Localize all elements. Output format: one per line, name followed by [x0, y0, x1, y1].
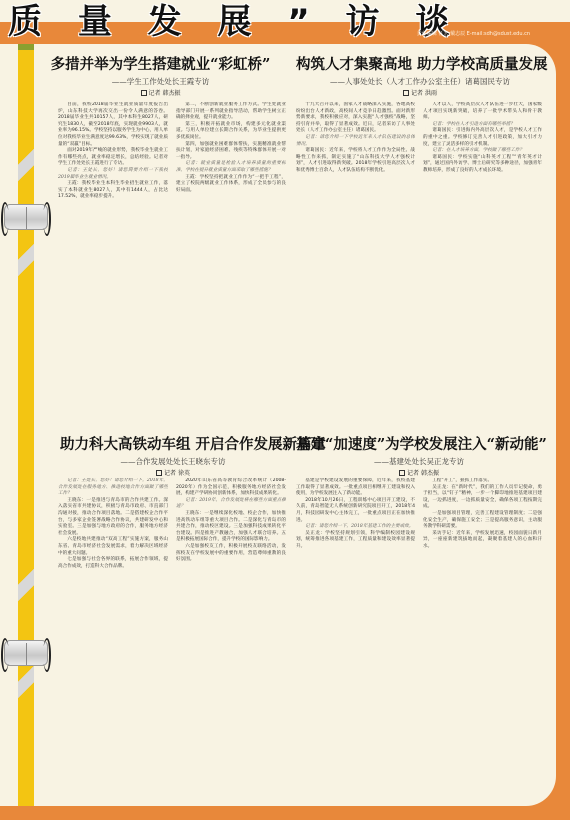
pole-stripe: [18, 565, 34, 605]
article-title: 助力科大高铁动车组 开启合作发展新篇章: [60, 436, 286, 454]
text-column: 基建是学校建设发展的重要保障，近年来，我校基建工作取得了显著成效。一批重点项目相…: [296, 478, 415, 798]
text-column: 记者：王处长，您好！请您介绍一下，2018年，合作发展处在服务地方、推进校地合作…: [58, 478, 168, 800]
box-icon: [403, 90, 409, 96]
article-cooperation: 助力科大高铁动车组 开启合作发展新篇章 ——合作发展处处长王晓东专访 记者 徐英: [60, 436, 286, 478]
article-subtitle: ——合作发展处处长王晓东专访: [60, 457, 286, 467]
pole-stripe: [18, 240, 34, 280]
pole-cap: [18, 44, 34, 50]
article-byline: 记者 徐英: [60, 470, 286, 478]
article-byline: 记者 韩杰振: [296, 470, 542, 478]
article-employment: 多措并举为学生搭建就业“彩虹桥” ——学生工作处处长王霞专访 记者 韩杰振: [38, 56, 283, 98]
article-body: 十九大召开以来，国家人才战略深入实施，各地高校纷纷出台人才新政，高校间人才竞争日…: [296, 102, 542, 417]
article-title: 多措并举为学生搭建就业“彩虹桥”: [38, 56, 283, 74]
box-icon: [156, 470, 162, 476]
article-body: 记者：王处长，您好！请您介绍一下，2018年，合作发展处在服务地方、推进校地合作…: [58, 478, 286, 800]
text-column: 工程“开工”，狠抓工作落实。吴正龙：在“新时代”，我们的工作人员牢记使命，勇于担…: [423, 478, 542, 798]
newspaper-page: 质 量 发 展 ” 访 谈 责任编辑 任宏 戴志辰 E-mail:sdh@sdu…: [0, 0, 570, 820]
byline-text: 记者 韩杰振: [149, 90, 181, 97]
article-talent: 构筑人才集聚高地 助力学校高质量发展 ——人事处处长（人才工作办公室主任）诸葛国…: [296, 56, 544, 98]
hinge-icon: [4, 204, 48, 230]
bottom-border: [0, 806, 570, 820]
box-icon: [399, 470, 405, 476]
text-column: 十九大召开以来，国家人才战略深入实施，各地高校纷纷出台人才新政，高校间人才竞争日…: [296, 102, 415, 417]
editor-info: 责任编辑 任宏 戴志辰 E-mail:sdh@sdust.edu.cn: [417, 30, 530, 37]
article-title: 构筑人才集聚高地 助力学校高质量发展: [296, 56, 544, 74]
byline-text: 记者 徐英: [164, 470, 190, 477]
pole-stripe: [18, 662, 34, 702]
text-column: 第二，不断创新就业服务工作方式。学生处就业指导部门开展一系列就业指导活动，帮助学…: [176, 102, 286, 417]
box-icon: [141, 90, 147, 96]
article-subtitle: ——人事处处长（人才工作办公室主任）诸葛国民专访: [296, 77, 544, 87]
article-subtitle: ——学生工作处处长王霞专访: [38, 77, 283, 87]
article-body: 目前，我校2018届毕业生就业质量年度报告出炉，山东科技大学再次交出一份令人满意…: [58, 102, 286, 417]
pole-stripe: [18, 145, 34, 185]
hinge-seam: [26, 643, 27, 665]
text-column: 人才以人，学校高层次人才队伍进一步壮大，国家级人才项目实现新突破，培养了一批学术…: [423, 102, 542, 417]
article-construction: 基建“加速度”为学校发展注入“新动能” ——基建处处长吴正龙专访 记者 韩杰振: [296, 436, 542, 478]
byline-text: 记者 韩杰振: [407, 470, 439, 477]
section-title: 质 量 发 展 ” 访 谈: [8, 0, 461, 44]
byline-text: 记者 洪雨: [411, 90, 437, 97]
article-title: 基建“加速度”为学校发展注入“新动能”: [296, 436, 542, 454]
article-byline: 记者 洪雨: [296, 90, 544, 98]
right-border: [556, 22, 570, 820]
hinge-seam: [26, 207, 27, 229]
text-column: 2020年山东省高等教育综合改革统计（2008-2020年）作为全国示范，积极服…: [176, 478, 286, 800]
article-body: 基建是学校建设发展的重要保障，近年来，我校基建工作取得了显著成效。一批重点项目相…: [296, 478, 542, 798]
article-subtitle: ——基建处处长吴正龙专访: [296, 457, 542, 467]
hinge-icon: [4, 640, 48, 666]
text-column: 目前，我校2018届毕业生就业质量年度报告出炉，山东科技大学再次交出一份令人满意…: [58, 102, 168, 417]
article-byline: 记者 韩杰振: [38, 90, 283, 98]
